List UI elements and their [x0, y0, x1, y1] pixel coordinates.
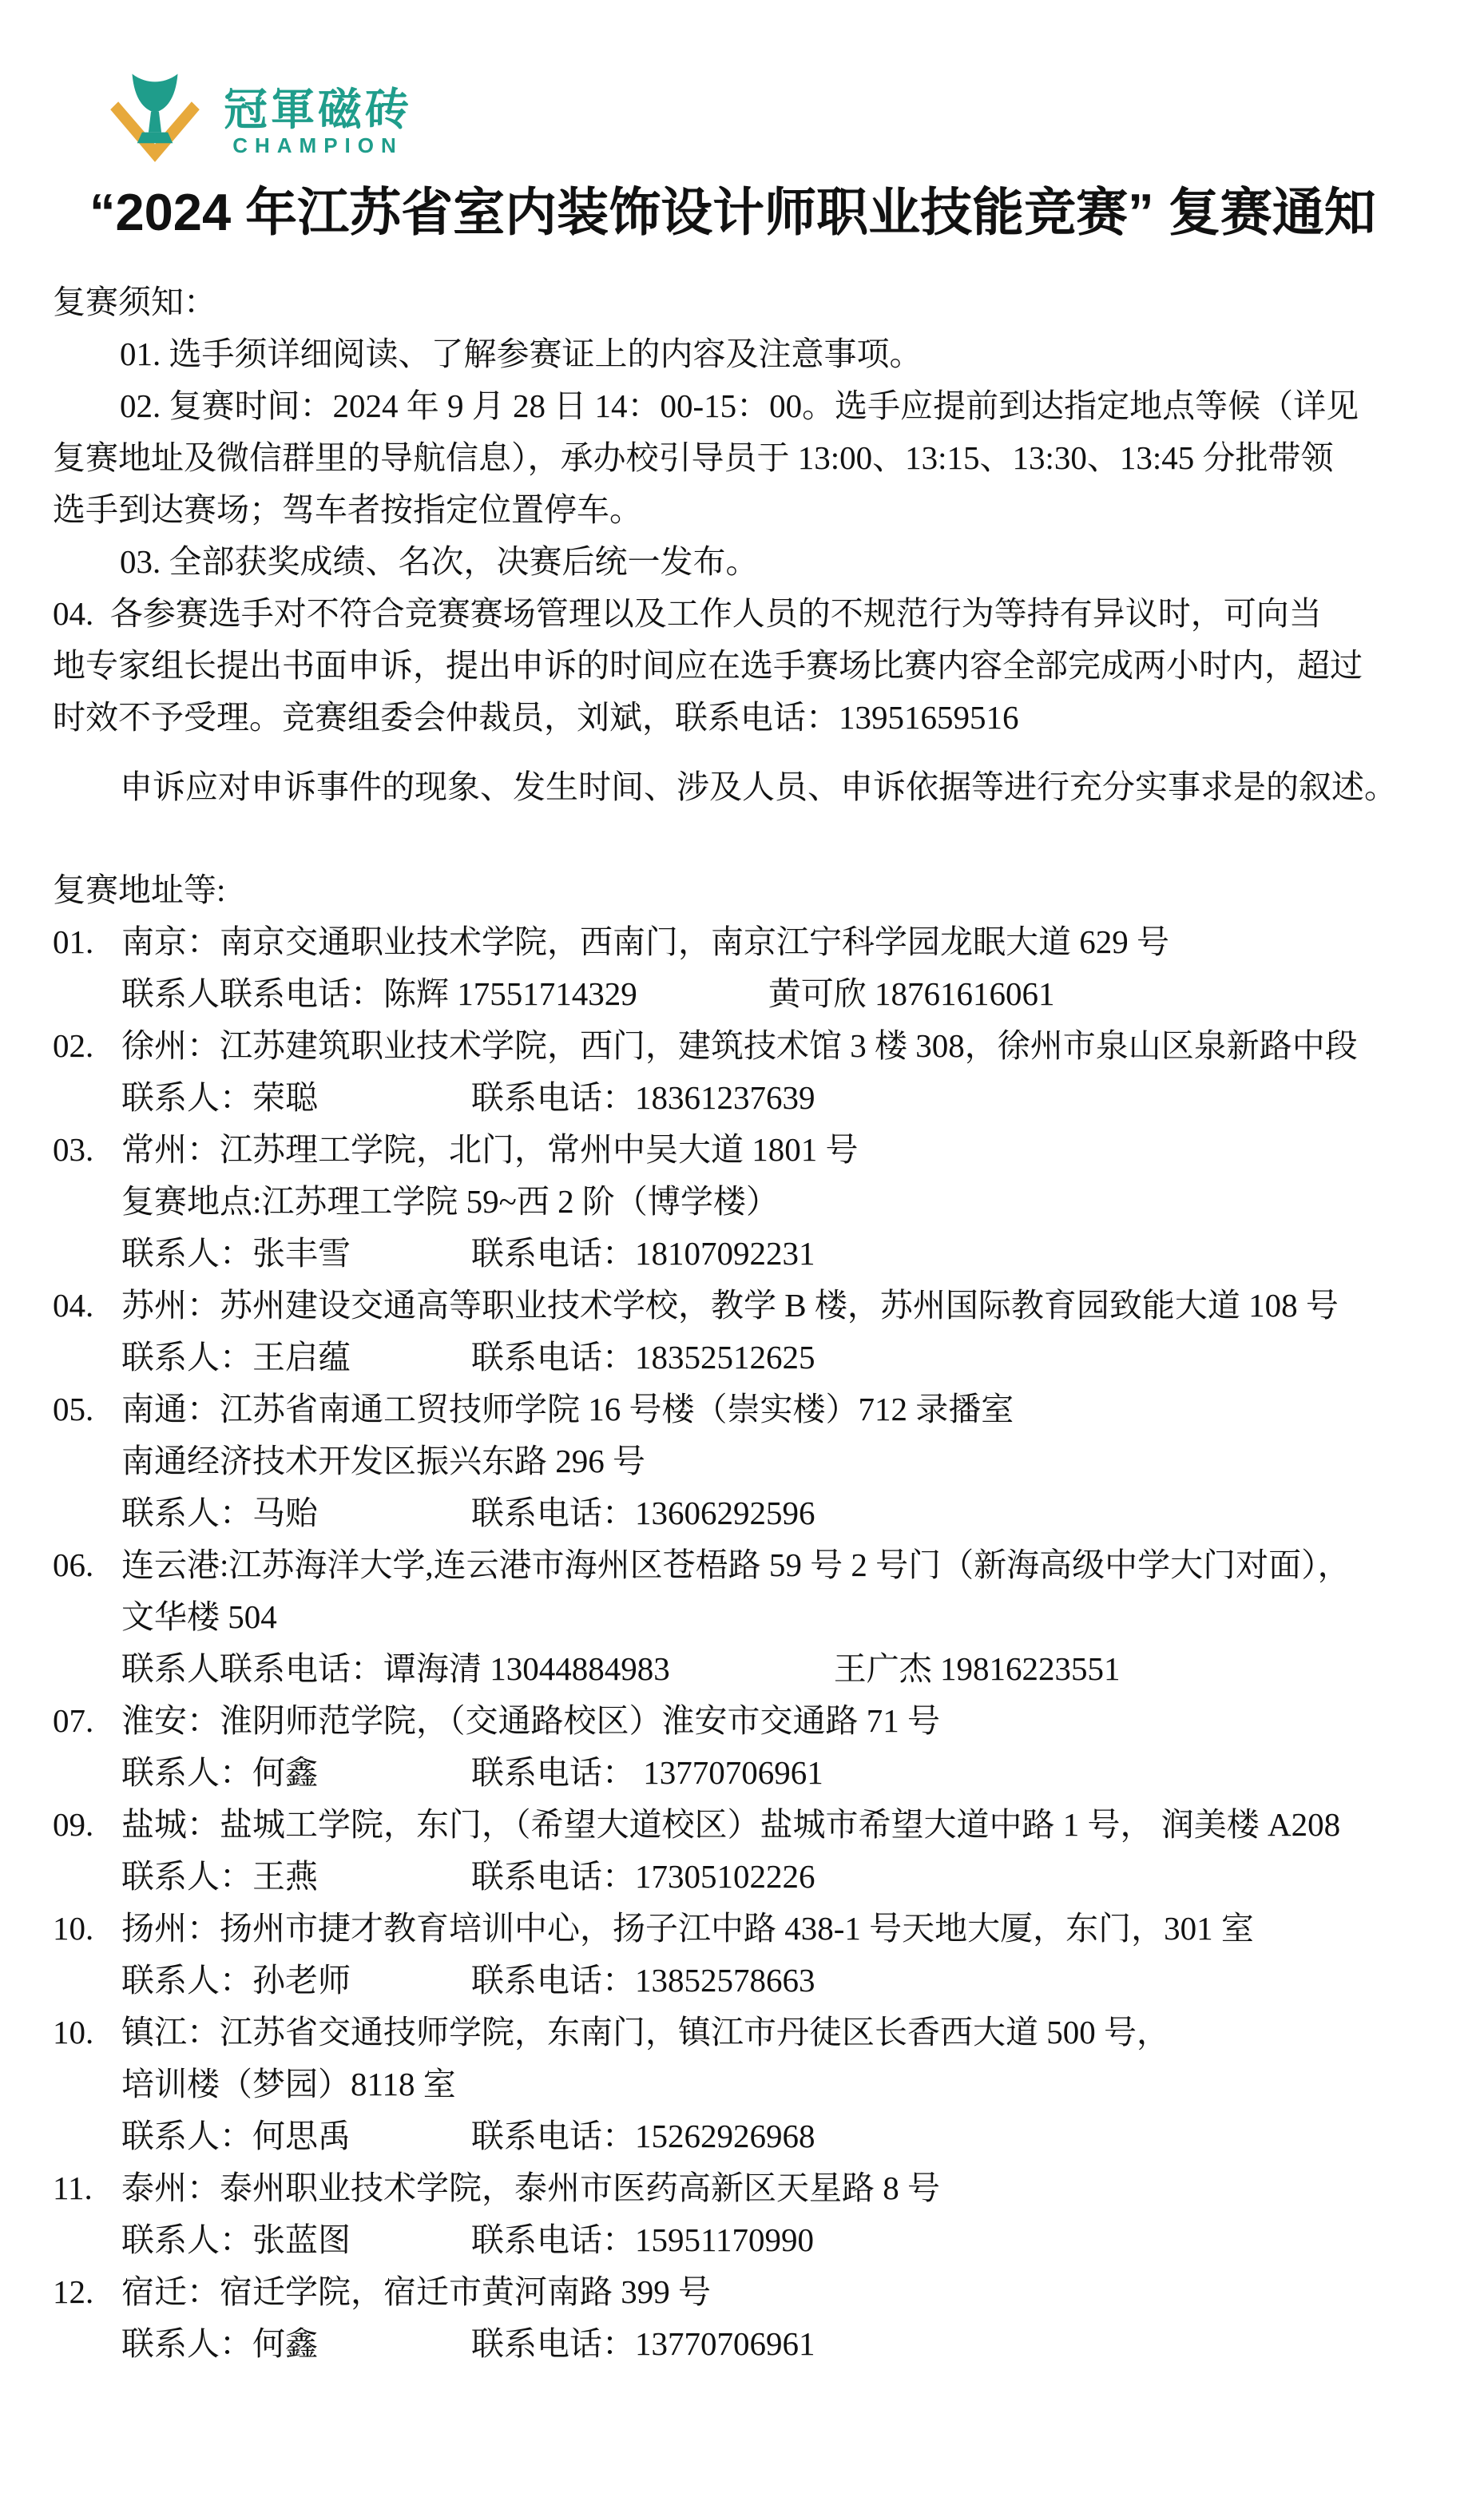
notice-line: 申诉应对申诉事件的现象、发生时间、涉及人员、申诉依据等进行充分实事求是的叙述。	[53, 761, 1431, 813]
venue-address: 淮安：淮阴师范学院，（交通路校区）淮安市交通路 71 号	[121, 1702, 940, 1739]
logo-text: 冠軍磁砖 CHAMPION	[224, 87, 412, 156]
venue-number: 06.	[53, 1539, 121, 1591]
venue-entry: 03.常州：江苏理工学院，北门，常州中吴大道 1801 号	[53, 1124, 1431, 1176]
venue-number: 11.	[53, 2162, 121, 2214]
venue-contact-line: 联系人：何鑫联系电话： 13770706961	[53, 1747, 1431, 1799]
contact-person: 联系人：孙老师	[121, 1962, 351, 1999]
notice-line: 01. 选手须详细阅读、了解参赛证上的内容及注意事项。	[53, 328, 1431, 380]
trophy-icon	[94, 72, 216, 171]
champion-logo: 冠軍磁砖 CHAMPION	[94, 70, 1431, 173]
page-title: “2024 年江苏省室内装饰设计师职业技能竞赛” 复赛通知	[89, 185, 1431, 240]
contact-phone: 联系电话：13770706961	[471, 2318, 815, 2370]
venue-extra-line: 联系人联系电话：陈辉 17551714329 黄可欣 18761616061	[53, 968, 1431, 1020]
brand-header: 冠軍磁砖 CHAMPION	[53, 70, 1431, 173]
venue-contact-line: 联系人：张蓝图联系电话：15951170990	[53, 2214, 1431, 2266]
venue-contact-line: 联系人：荣聪联系电话：18361237639	[53, 1072, 1431, 1124]
contact-person: 联系人：张蓝图	[121, 2221, 351, 2258]
venue-extra-line: 南通经济技术开发区振兴东路 296 号	[53, 1435, 1431, 1487]
venue-entry: 10.镇江：江苏省交通技师学院，东南门，镇江市丹徒区长香西大道 500 号，	[53, 2007, 1431, 2058]
contact-person: 联系人：何鑫	[121, 2325, 318, 2362]
venue-number: 04.	[53, 1280, 121, 1332]
contact-phone: 联系电话： 13770706961	[471, 1747, 823, 1799]
contact-phone: 联系电话：15262926968	[471, 2110, 815, 2162]
venue-address: 镇江：江苏省交通技师学院，东南门，镇江市丹徒区长香西大道 500 号，	[121, 2014, 1169, 2050]
notice-line: 时效不予受理。竞赛组委会仲裁员，刘斌，联系电话：13951659516	[53, 692, 1431, 744]
venue-entry: 09.盐城：盐城工学院，东门，（希望大道校区）盐城市希望大道中路 1 号， 润美…	[53, 1799, 1431, 1851]
document-page: 冠軍磁砖 CHAMPION “2024 年江苏省室内装饰设计师职业技能竞赛” 复…	[0, 0, 1484, 2505]
contact-person: 联系人：张丰雪	[121, 1235, 351, 1272]
venue-entry: 05.南通：江苏省南通工贸技师学院 16 号楼（崇实楼）712 录播室	[53, 1384, 1431, 1435]
venue-contact-line: 联系人：张丰雪联系电话：18107092231	[53, 1228, 1431, 1280]
notice-line: 04. 各参赛选手对不符合竞赛赛场管理以及工作人员的不规范行为等持有异议时，可向…	[53, 588, 1431, 640]
notice-lines: 01. 选手须详细阅读、了解参赛证上的内容及注意事项。02. 复赛时间：2024…	[53, 328, 1431, 813]
contact-person: 联系人：王燕	[121, 1858, 318, 1895]
venue-contact-line: 联系人：何鑫联系电话：13770706961	[53, 2318, 1431, 2370]
contact-phone: 联系电话：13606292596	[471, 1487, 815, 1539]
notice-line: 02. 复赛时间：2024 年 9 月 28 日 14：00-15：00。选手应…	[53, 380, 1431, 432]
venue-extra-line: 复赛地点:江苏理工学院 59~西 2 阶（博学楼）	[53, 1176, 1431, 1228]
venue-number: 12.	[53, 2266, 121, 2318]
venue-address: 宿迁：宿迁学院，宿迁市黄河南路 399 号	[121, 2273, 711, 2310]
venue-contact-line: 联系人：王启蕴联系电话：18352512625	[53, 1332, 1431, 1384]
notice-line: 03. 全部获奖成绩、名次，决赛后统一发布。	[53, 536, 1431, 588]
brand-name-en: CHAMPION	[232, 135, 403, 156]
notice-section: 复赛须知： 01. 选手须详细阅读、了解参赛证上的内容及注意事项。02. 复赛时…	[53, 276, 1431, 813]
notice-heading: 复赛须知：	[53, 276, 1431, 328]
venue-entry: 10.扬州：扬州市捷才教育培训中心，扬子江中路 438-1 号天地大厦，东门，3…	[53, 1903, 1431, 1955]
contact-person: 联系人：王启蕴	[121, 1339, 351, 1376]
venue-contact-line: 联系人：何思禹联系电话：15262926968	[53, 2110, 1431, 2162]
notice-line: 复赛地址及微信群里的导航信息），承办校引导员于 13:00、13:15、13:3…	[53, 432, 1431, 484]
venue-number: 01.	[53, 916, 121, 968]
venue-number: 09.	[53, 1799, 121, 1851]
venue-address: 连云港:江苏海洋大学,连云港市海州区苍梧路 59 号 2 号门（新海高级中学大门…	[121, 1546, 1351, 1583]
venue-entry: 12.宿迁：宿迁学院，宿迁市黄河南路 399 号	[53, 2266, 1431, 2318]
venue-address: 徐州：江苏建筑职业技术学院，西门，建筑技术馆 3 楼 308，徐州市泉山区泉新路…	[121, 1027, 1358, 1064]
notice-line: 地专家组长提出书面申诉，提出申诉的时间应在选手赛场比赛内容全部完成两小时内，超过	[53, 640, 1431, 692]
venue-extra-line: 培训楼（梦园）8118 室	[53, 2058, 1431, 2110]
contact-person: 联系人：何思禹	[121, 2118, 351, 2154]
contact-phone: 联系电话：18107092231	[471, 1228, 815, 1280]
venue-address: 常州：江苏理工学院，北门，常州中吴大道 1801 号	[121, 1131, 859, 1168]
venue-list: 01.南京：南京交通职业技术学院，西南门，南京江宁科学园龙眠大道 629 号联系…	[53, 916, 1431, 2370]
venue-address: 泰州：泰州职业技术学院，泰州市医药高新区天星路 8 号	[121, 2170, 940, 2206]
venue-address: 南通：江苏省南通工贸技师学院 16 号楼（崇实楼）712 录播室	[121, 1391, 1014, 1427]
contact-phone: 联系电话：13852578663	[471, 1955, 815, 2007]
venue-address: 扬州：扬州市捷才教育培训中心，扬子江中路 438-1 号天地大厦，东门，301 …	[121, 1910, 1254, 1947]
venue-number: 05.	[53, 1384, 121, 1435]
contact-person: 联系人：何鑫	[121, 1754, 318, 1791]
venue-entry: 07.淮安：淮阴师范学院，（交通路校区）淮安市交通路 71 号	[53, 1695, 1431, 1747]
contact-phone: 联系电话：17305102226	[471, 1851, 815, 1903]
venue-number: 07.	[53, 1695, 121, 1747]
contact-phone: 联系电话：18352512625	[471, 1332, 815, 1384]
contact-person: 联系人：马贻	[121, 1495, 318, 1531]
venue-extra-line: 文华楼 504	[53, 1591, 1431, 1643]
venue-entry: 04.苏州：苏州建设交通高等职业技术学校，教学 B 楼，苏州国际教育园致能大道 …	[53, 1280, 1431, 1332]
contact-person: 联系人：荣聪	[121, 1079, 318, 1116]
notice-line: 选手到达赛场；驾车者按指定位置停车。	[53, 484, 1431, 536]
venue-contact-line: 联系人：王燕联系电话：17305102226	[53, 1851, 1431, 1903]
venues-heading: 复赛地址等:	[53, 864, 1431, 916]
contact-phone: 联系电话：15951170990	[471, 2214, 814, 2266]
venue-address: 盐城：盐城工学院，东门，（希望大道校区）盐城市希望大道中路 1 号， 润美楼 A…	[121, 1806, 1340, 1843]
venue-contact-line: 联系人：马贻联系电话：13606292596	[53, 1487, 1431, 1539]
venue-number: 02.	[53, 1020, 121, 1072]
brand-name-cn: 冠軍磁砖	[224, 87, 412, 133]
venue-address: 苏州：苏州建设交通高等职业技术学校，教学 B 楼，苏州国际教育园致能大道 108…	[121, 1287, 1339, 1324]
venue-entry: 01.南京：南京交通职业技术学院，西南门，南京江宁科学园龙眠大道 629 号	[53, 916, 1431, 968]
contact-phone: 联系电话：18361237639	[471, 1072, 815, 1124]
venue-number: 10.	[53, 2007, 121, 2058]
venue-contact-line: 联系人：孙老师联系电话：13852578663	[53, 1955, 1431, 2007]
venue-number: 10.	[53, 1903, 121, 1955]
venue-extra-line: 联系人联系电话：谭海清 13044884983 王广杰 19816223551	[53, 1643, 1431, 1695]
venue-address: 南京：南京交通职业技术学院，西南门，南京江宁科学园龙眠大道 629 号	[121, 923, 1169, 960]
venue-entry: 06.连云港:江苏海洋大学,连云港市海州区苍梧路 59 号 2 号门（新海高级中…	[53, 1539, 1431, 1591]
venue-entry: 02.徐州：江苏建筑职业技术学院，西门，建筑技术馆 3 楼 308，徐州市泉山区…	[53, 1020, 1431, 1072]
venue-entry: 11.泰州：泰州职业技术学院，泰州市医药高新区天星路 8 号	[53, 2162, 1431, 2214]
venue-number: 03.	[53, 1124, 121, 1176]
venues-section: 复赛地址等: 01.南京：南京交通职业技术学院，西南门，南京江宁科学园龙眠大道 …	[53, 864, 1431, 2370]
